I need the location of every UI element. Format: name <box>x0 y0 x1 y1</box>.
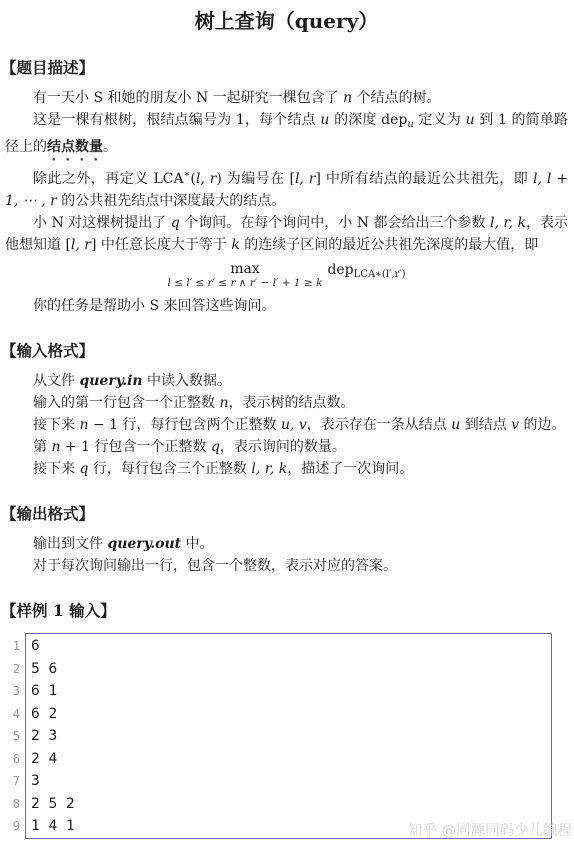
sample-input-block: 123456789 65 66 16 22 32 432 5 21 4 1 <box>5 633 568 839</box>
text-segment: − 1 行，每行包含两个正整数 <box>88 417 280 433</box>
page-title: 树上查询（query） <box>5 8 568 34</box>
text-segment: 有一天小 S 和她的朋友小 N 一起研究一棵包含了 <box>33 90 343 106</box>
section-heading-input-format: 【输入格式】 <box>1 341 568 361</box>
zhihu-watermark: 知乎 @同源同码少儿编程 <box>408 820 572 842</box>
text-segment: 接下来 <box>33 417 79 433</box>
text-segment: 的连续子区间的最近公共祖先深度的最大值，即 <box>240 237 538 253</box>
input-paragraph-1: 从文件 query.in 中读入数据。 <box>5 370 568 392</box>
text-segment: 的公共祖先结点中深度最大的结点。 <box>57 193 285 209</box>
text-segment: ] 中任意长度大于等于 <box>91 237 231 253</box>
line-number: 6 <box>5 748 20 771</box>
code-line: 2 4 <box>31 748 551 771</box>
text-segment: u <box>451 417 460 433</box>
input-paragraph-2: 输入的第一行包含一个正整数 n，表示树的结点数。 <box>5 392 568 414</box>
text-segment: 这是一棵有根树，根结点编号为 1，每个结点 <box>33 112 320 128</box>
text-segment: ) 为编号在 [ <box>216 171 295 187</box>
text-segment: k <box>231 237 239 253</box>
dep-subscript: LCA∗(l′,r′) <box>354 269 406 280</box>
code-line: 3 <box>31 770 551 793</box>
sample-line-number-gutter: 123456789 <box>5 633 25 839</box>
max-limits-condition: l ≤ l′ ≤ r′ ≤ r ∧ r′ − l′ + 1 ≥ k <box>168 277 323 289</box>
text-segment: 你的任务是帮助小 S 来回答这些询问。 <box>33 298 276 314</box>
text-segment: query.in <box>79 373 142 389</box>
line-number: 2 <box>5 658 20 681</box>
sample-code-box: 65 66 16 22 32 432 5 21 4 1 <box>25 633 552 839</box>
text-segment: 结点数量 <box>47 139 103 155</box>
text-segment: n <box>343 90 352 106</box>
line-number: 1 <box>5 635 20 658</box>
section-heading-sample1-input: 【样例 1 输入】 <box>1 601 568 621</box>
max-operator: max <box>230 261 260 277</box>
code-line: 5 6 <box>31 658 551 681</box>
text-segment: 行，每行包含三个正整数 <box>88 461 251 477</box>
text-segment: 到结点 <box>460 417 511 433</box>
line-number: 7 <box>5 770 20 793</box>
max-operator-with-limits: max l ≤ l′ ≤ r′ ≤ r ∧ r′ − l′ + 1 ≥ k <box>168 261 323 289</box>
text-segment: ，描述了一次询问。 <box>287 461 413 477</box>
text-segment: q <box>211 439 220 455</box>
text-segment: 。 <box>103 139 117 155</box>
text-segment: l, r, k <box>251 461 287 477</box>
text-segment: 小 N 对这棵树提出了 <box>33 215 171 231</box>
text-segment: 除此之外，再定义 LCA <box>33 171 184 187</box>
line-number: 4 <box>5 703 20 726</box>
text-segment: + 1 行包含一个正整数 <box>60 439 210 455</box>
text-segment: 中。 <box>181 536 213 552</box>
text-segment: 的边。 <box>519 417 565 433</box>
description-paragraph-1: 有一天小 S 和她的朋友小 N 一起研究一棵包含了 n 个结点的树。 <box>5 87 568 109</box>
text-segment: l, r, k <box>490 215 526 231</box>
description-paragraph-2: 这是一棵有根树，根结点编号为 1，每个结点 u 的深度 depu 定义为 u 到… <box>5 109 568 164</box>
input-paragraph-3: 接下来 n − 1 行，每行包含两个正整数 u, v，表示存在一条从结点 u 到… <box>5 414 568 436</box>
max-lca-formula: max l ≤ l′ ≤ r′ ≤ r ∧ r′ − l′ + 1 ≥ k de… <box>5 261 568 289</box>
dep-label: dep <box>327 262 353 278</box>
text-segment: 第 <box>33 439 51 455</box>
text-segment: u, v <box>281 417 307 433</box>
text-segment: ] 中所有结点的最近公共祖先，即 <box>315 171 533 187</box>
line-number: 8 <box>5 793 20 816</box>
text-segment: l, r <box>71 237 91 253</box>
output-paragraph-1: 输出到文件 query.out 中。 <box>5 533 568 555</box>
code-line: 6 <box>31 635 551 658</box>
code-line: 2 5 2 <box>31 793 551 816</box>
code-line: 2 3 <box>31 725 551 748</box>
text-segment: v <box>511 417 519 433</box>
description-paragraph-4: 小 N 对这棵树提出了 q 个询问。在每个询问中，小 N 都会给出三个参数 l,… <box>5 212 568 256</box>
text-segment: query.out <box>107 536 181 552</box>
text-segment: l, r <box>295 171 316 187</box>
line-number: 5 <box>5 725 20 748</box>
problem-document: 树上查询（query） 【题目描述】 有一天小 S 和她的朋友小 N 一起研究一… <box>0 0 574 839</box>
description-paragraph-5: 你的任务是帮助小 S 来回答这些询问。 <box>5 295 568 317</box>
code-line: 6 2 <box>31 703 551 726</box>
line-number: 3 <box>5 680 20 703</box>
text-segment: 中读入数据。 <box>143 373 231 389</box>
input-paragraph-5: 接下来 q 行，每行包含三个正整数 l, r, k，描述了一次询问。 <box>5 458 568 480</box>
text-segment: 的深度 dep <box>329 112 407 128</box>
line-number: 9 <box>5 815 20 838</box>
text-segment: 个结点的树。 <box>352 90 440 106</box>
dep-term: depLCA∗(l′,r′) <box>327 262 405 283</box>
text-segment: ，表示询问的数量。 <box>220 439 346 455</box>
output-paragraph-2: 对于每次询问输出一行，包含一个整数，表示对应的答案。 <box>5 555 568 577</box>
text-segment: q <box>171 215 180 231</box>
text-segment: ，表示存在一条从结点 <box>307 417 451 433</box>
text-segment: 输入的第一行包含一个正整数 <box>33 395 219 411</box>
text-segment: 个询问。在每个询问中，小 N 都会给出三个参数 <box>180 215 490 231</box>
section-heading-description: 【题目描述】 <box>1 58 568 78</box>
input-paragraph-4: 第 n + 1 行包含一个正整数 q，表示询问的数量。 <box>5 436 568 458</box>
text-segment: ，表示树的结点数。 <box>228 395 354 411</box>
code-line: 6 1 <box>31 680 551 703</box>
section-heading-output-format: 【输出格式】 <box>1 504 568 524</box>
text-segment: 从文件 <box>33 373 79 389</box>
text-segment: 输出到文件 <box>33 536 107 552</box>
description-paragraph-3: 除此之外，再定义 LCA∗(l, r) 为编号在 [l, r] 中所有结点的最近… <box>5 164 568 212</box>
text-segment: 定义为 <box>414 112 466 128</box>
text-segment: l, r <box>196 171 217 187</box>
text-segment: 接下来 <box>33 461 79 477</box>
text-segment: u <box>466 112 475 128</box>
text-segment: 对于每次询问输出一行，包含一个整数，表示对应的答案。 <box>33 558 397 574</box>
